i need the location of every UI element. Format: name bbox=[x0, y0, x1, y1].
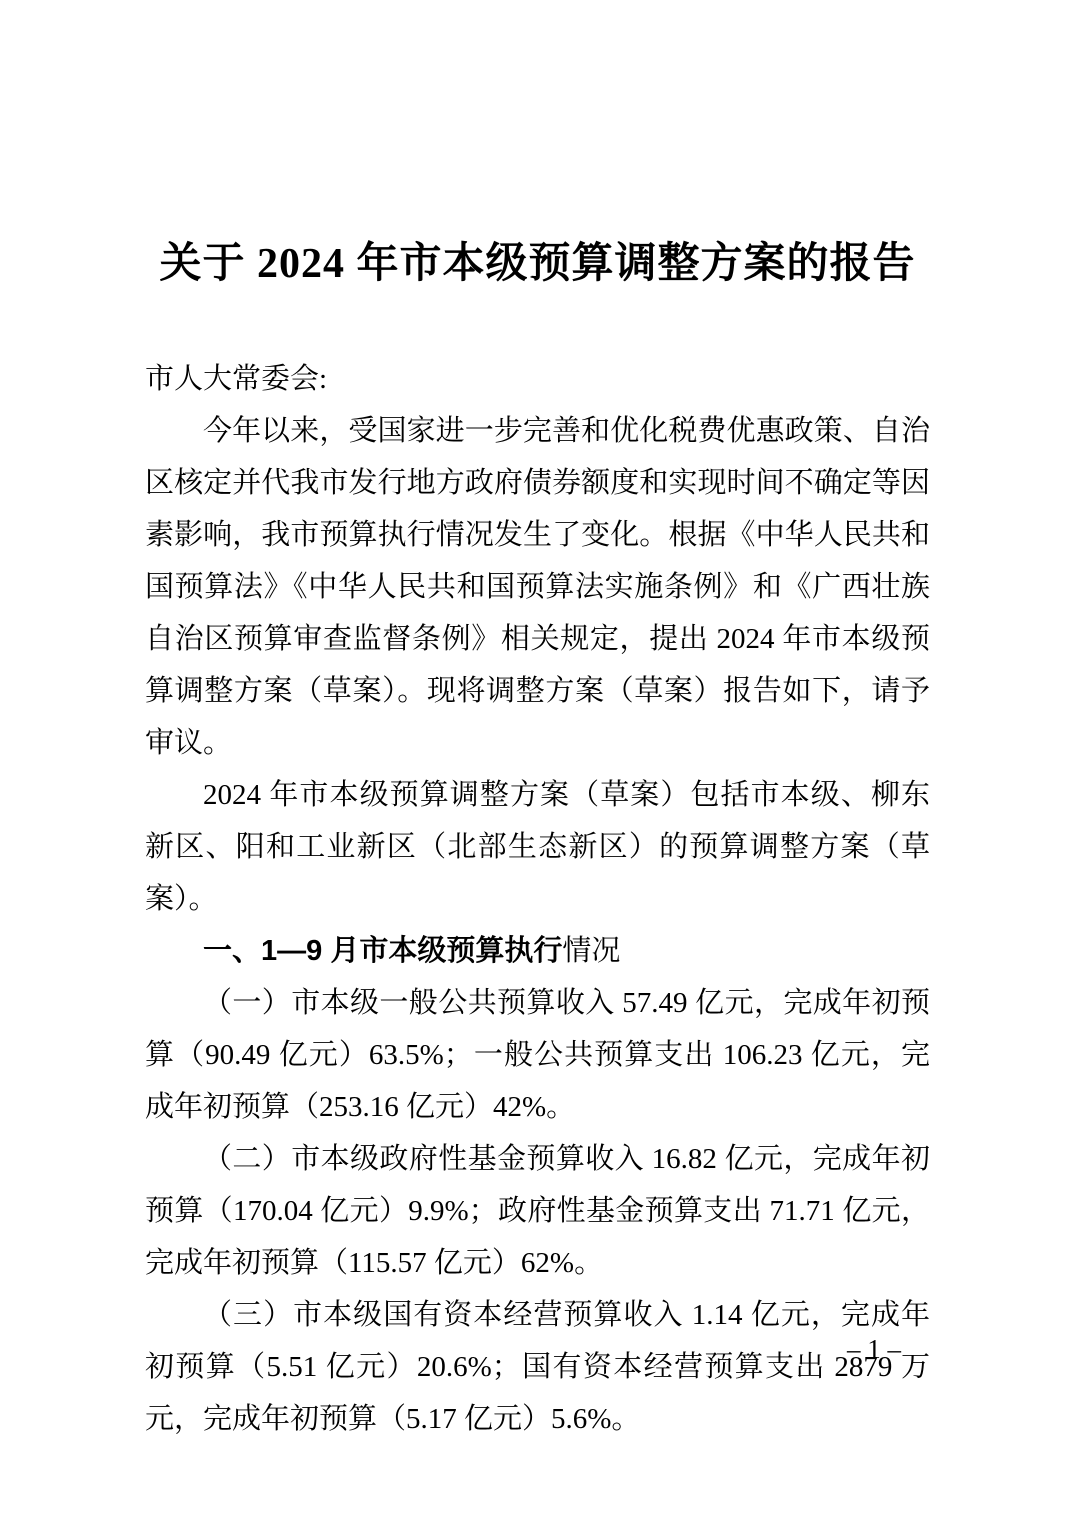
salutation: 市人大常委会: bbox=[145, 353, 930, 405]
paragraph-item-government-fund: （二）市本级政府性基金预算收入 16.82 亿元，完成年初预算（170.04 亿… bbox=[145, 1133, 930, 1289]
section-heading-bold-text: 一、1—9 月市本级预算执行 bbox=[203, 935, 562, 967]
document-title: 关于 2024 年市本级预算调整方案的报告 bbox=[145, 233, 930, 295]
paragraph-item-general-budget: （一）市本级一般公共预算收入 57.49 亿元，完成年初预算（90.49 亿元）… bbox=[145, 977, 930, 1133]
paragraph-item-state-capital: （三）市本级国有资本经营预算收入 1.14 亿元，完成年初预算（5.51 亿元）… bbox=[145, 1289, 930, 1445]
paragraph-scope: 2024 年市本级预算调整方案（草案）包括市本级、柳东新区、阳和工业新区（北部生… bbox=[145, 769, 930, 925]
paragraph-intro: 今年以来，受国家进一步完善和优化税费优惠政策、自治区核定并代我市发行地方政府债券… bbox=[145, 405, 930, 769]
document-page: 关于 2024 年市本级预算调整方案的报告 市人大常委会: 今年以来，受国家进一… bbox=[0, 0, 1074, 1520]
section-heading-regular-text: 情况 bbox=[562, 935, 620, 967]
section-heading: 一、1—9 月市本级预算执行情况 bbox=[145, 925, 930, 977]
document-body: 市人大常委会: 今年以来，受国家进一步完善和优化税费优惠政策、自治区核定并代我市… bbox=[145, 353, 930, 1445]
page-number: – 1 – bbox=[847, 1334, 901, 1365]
